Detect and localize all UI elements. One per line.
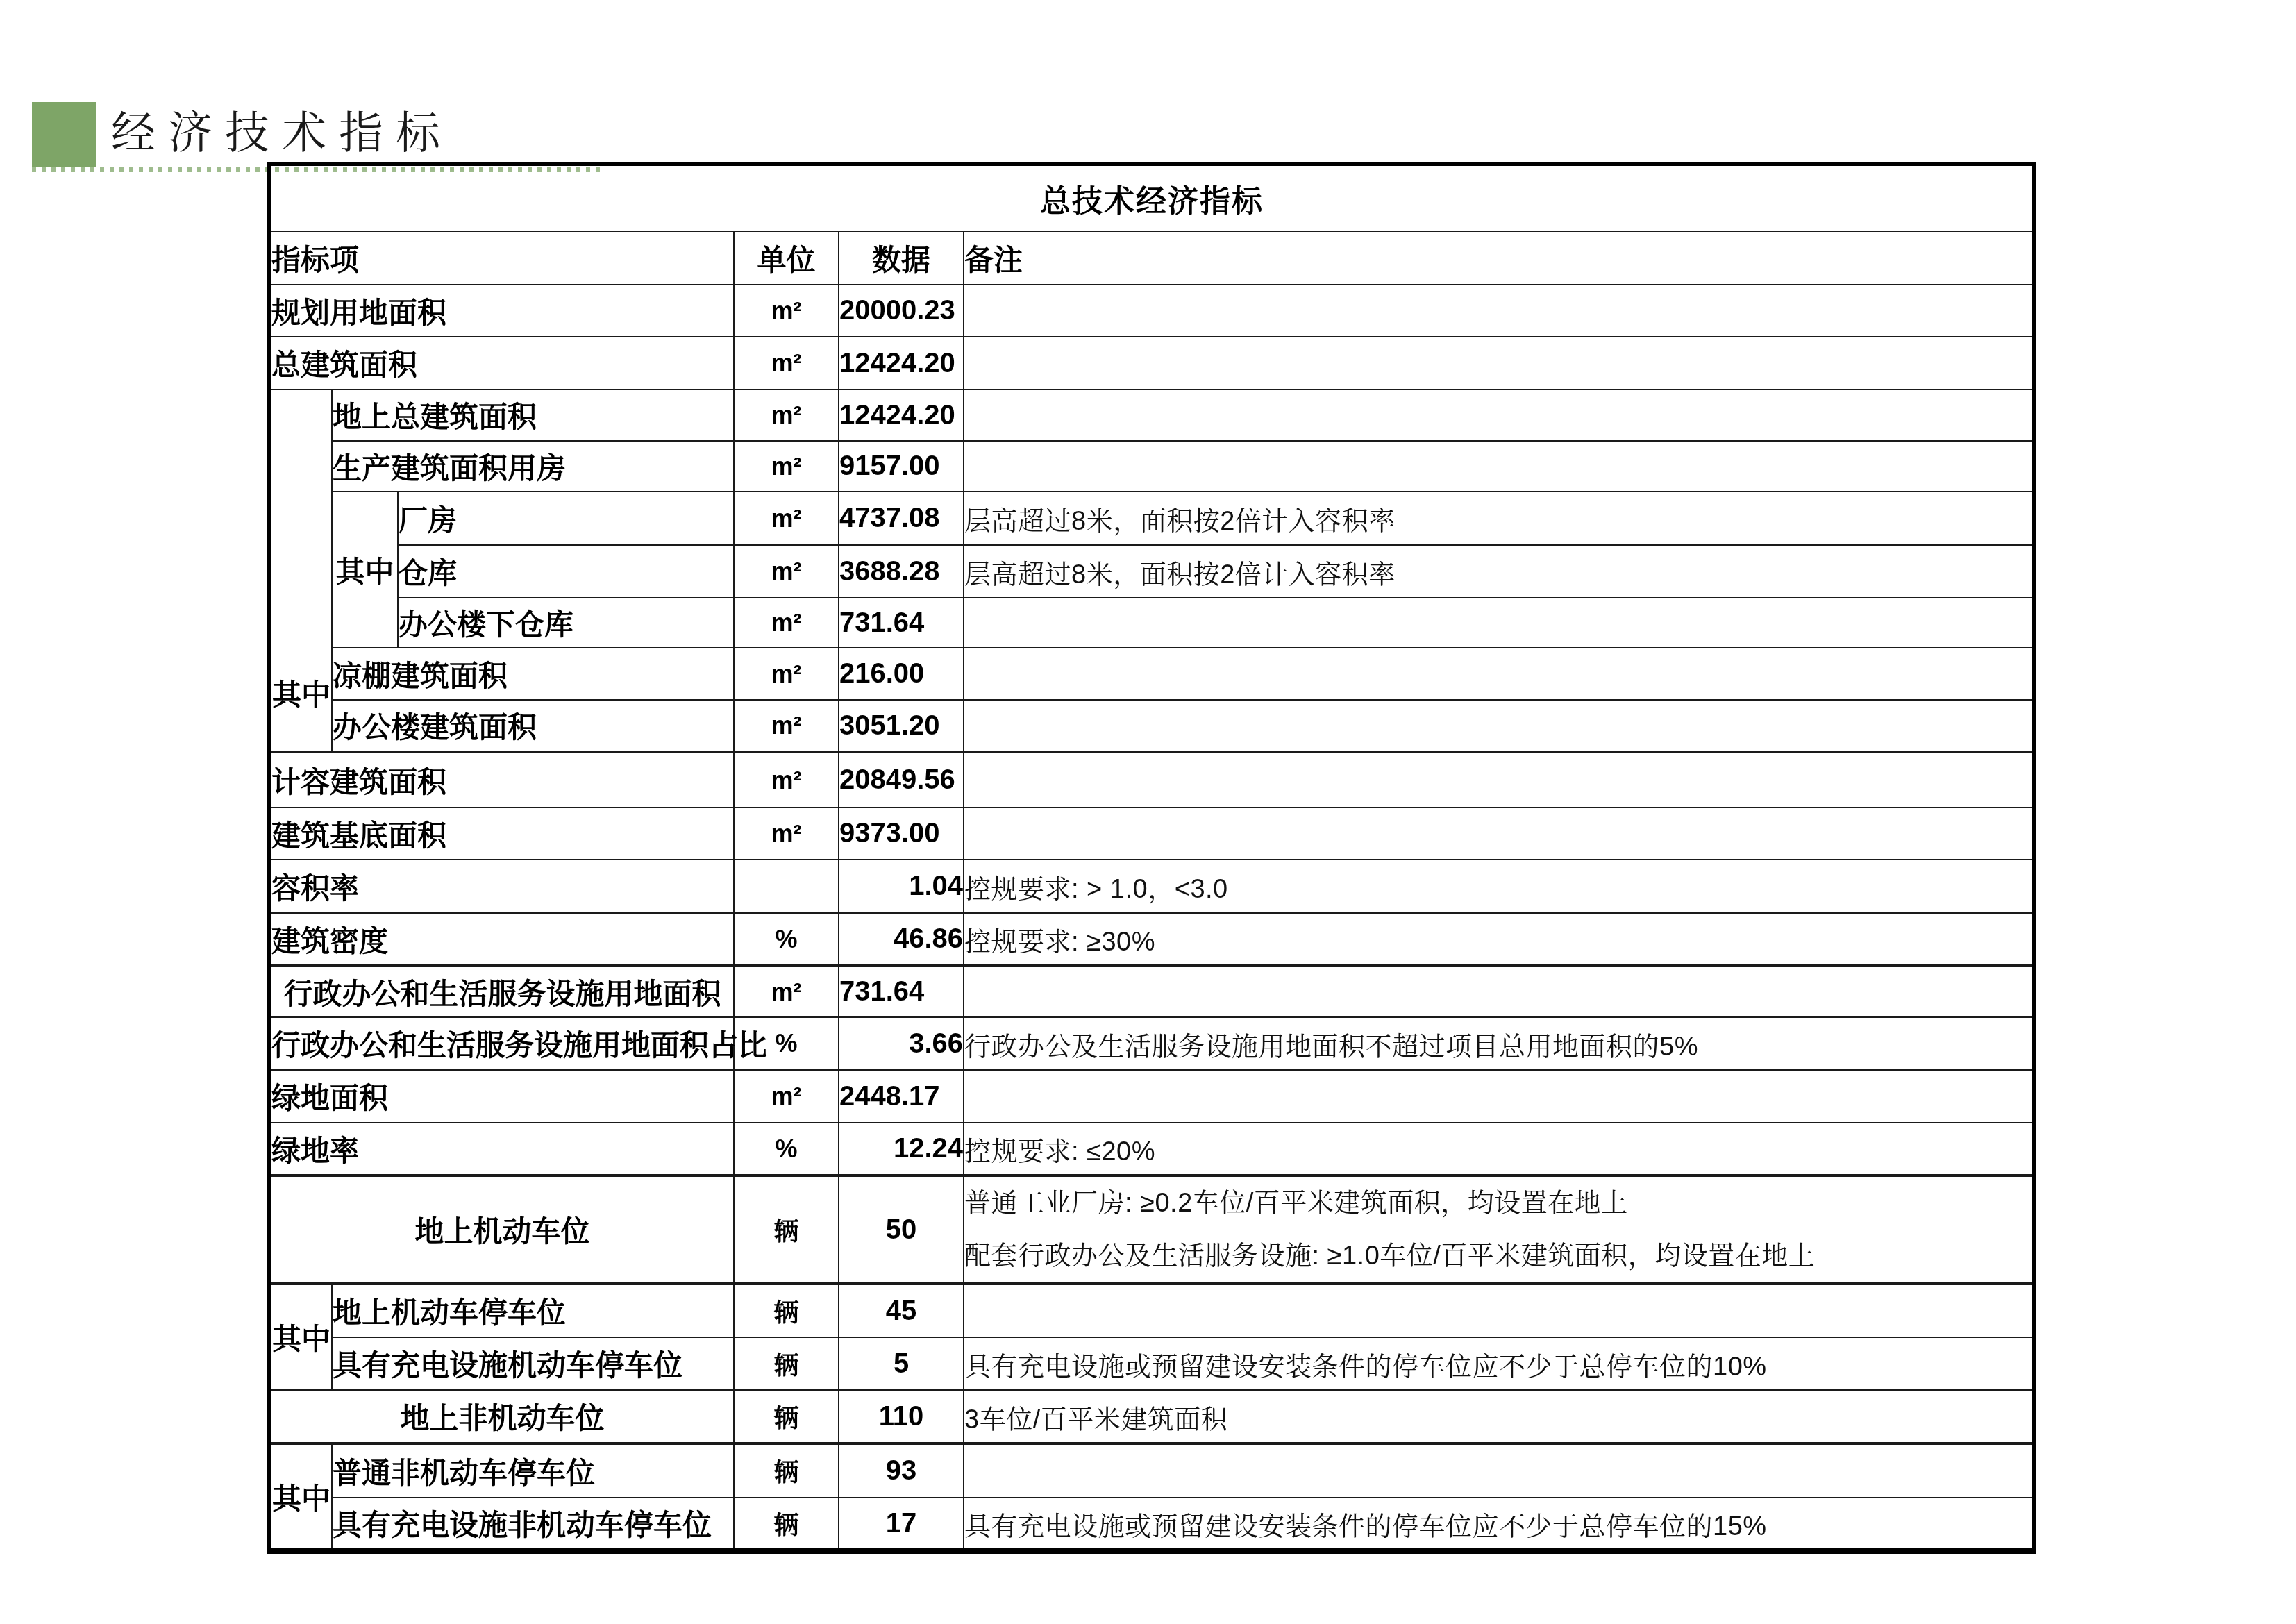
- indicator-cell: 行政办公和生活服务设施用地面积占比: [269, 1017, 734, 1070]
- remark-cell: [964, 598, 2034, 648]
- data-cell: 3.66: [839, 1017, 964, 1070]
- merge-label-qizhong-c: 其中: [269, 1443, 332, 1551]
- remark-cell: [964, 752, 2034, 807]
- indicator-cell: 绿地率: [269, 1123, 734, 1175]
- merge-label-qizhong-a-inner: 其中: [332, 492, 398, 648]
- unit-cell: 辆: [734, 1390, 839, 1443]
- data-cell: 731.64: [839, 966, 964, 1017]
- data-cell: 9373.00: [839, 807, 964, 860]
- indicator-cell: 计容建筑面积: [269, 752, 734, 807]
- table-row: 仓库 m² 3688.28 层高超过8米，面积按2倍计入容积率: [269, 545, 2034, 598]
- remark-cell: [964, 441, 2034, 492]
- unit-cell: m²: [734, 966, 839, 1017]
- unit-cell: m²: [734, 337, 839, 390]
- data-cell: 3051.20: [839, 700, 964, 752]
- data-cell: 1.04: [839, 860, 964, 913]
- data-cell: 20000.23: [839, 285, 964, 337]
- unit-cell: [734, 860, 839, 913]
- data-cell: 2448.17: [839, 1070, 964, 1123]
- unit-cell: m²: [734, 807, 839, 860]
- indicator-cell: 地上机动车位: [269, 1175, 734, 1284]
- table-row: 建筑密度 % 46.86 控规要求: ≥30%: [269, 913, 2034, 966]
- indicator-cell: 生产建筑面积用房: [332, 441, 734, 492]
- data-cell: 4737.08: [839, 492, 964, 545]
- indicator-cell: 凉棚建筑面积: [332, 648, 734, 700]
- remark-cell: 具有充电设施或预留建设安装条件的停车位应不少于总停车位的15%: [964, 1498, 2034, 1551]
- data-cell: 12424.20: [839, 337, 964, 390]
- table-row: 容积率 1.04 控规要求: > 1.0，<3.0: [269, 860, 2034, 913]
- unit-cell: 辆: [734, 1175, 839, 1284]
- merge-label-qizhong-a: 其中: [269, 390, 332, 752]
- unit-cell: 辆: [734, 1337, 839, 1390]
- remark-cell: [964, 1284, 2034, 1337]
- data-cell: 9157.00: [839, 441, 964, 492]
- remark-cell: [964, 1070, 2034, 1123]
- remark-cell: [964, 700, 2034, 752]
- indicators-table: 总技术经济指标 指标项 单位 数据 备注 规划用地面积 m² 20000.23 …: [267, 162, 2036, 1554]
- remark-cell: [964, 807, 2034, 860]
- data-cell: 5: [839, 1337, 964, 1390]
- remark-cell: 3车位/百平米建筑面积: [964, 1390, 2034, 1443]
- indicator-cell: 规划用地面积: [269, 285, 734, 337]
- table-row: 凉棚建筑面积 m² 216.00: [269, 648, 2034, 700]
- data-cell: 12.24: [839, 1123, 964, 1175]
- unit-cell: %: [734, 913, 839, 966]
- table-row: 行政办公和生活服务设施用地面积占比 % 3.66 行政办公及生活服务设施用地面积…: [269, 1017, 2034, 1070]
- remark-cell: 控规要求: ≥30%: [964, 913, 2034, 966]
- remark-cell: 层高超过8米，面积按2倍计入容积率: [964, 545, 2034, 598]
- table-row: 其中 厂房 m² 4737.08 层高超过8米，面积按2倍计入容积率: [269, 492, 2034, 545]
- unit-cell: m²: [734, 700, 839, 752]
- indicator-cell: 地上机动车停车位: [332, 1284, 734, 1337]
- unit-cell: 辆: [734, 1284, 839, 1337]
- indicator-cell: 具有充电设施机动车停车位: [332, 1337, 734, 1390]
- data-cell: 45: [839, 1284, 964, 1337]
- remark-cell: 控规要求: > 1.0，<3.0: [964, 860, 2034, 913]
- indicator-cell: 普通非机动车停车位: [332, 1443, 734, 1498]
- heading-accent-square: [32, 102, 96, 167]
- indicator-cell: 行政办公和生活服务设施用地面积: [269, 966, 734, 1017]
- indicator-cell: 办公楼下仓库: [398, 598, 734, 648]
- col-header-indicator: 指标项: [269, 231, 734, 285]
- col-header-remark: 备注: [964, 231, 2034, 285]
- remark-cell: 控规要求: ≤20%: [964, 1123, 2034, 1175]
- data-cell: 93: [839, 1443, 964, 1498]
- table-row: 行政办公和生活服务设施用地面积 m² 731.64: [269, 966, 2034, 1017]
- remark-cell: [964, 390, 2034, 441]
- data-cell: 20849.56: [839, 752, 964, 807]
- table-header-row: 指标项 单位 数据 备注: [269, 231, 2034, 285]
- unit-cell: 辆: [734, 1498, 839, 1551]
- unit-cell: m²: [734, 1070, 839, 1123]
- table-row: 其中 地上总建筑面积 m² 12424.20: [269, 390, 2034, 441]
- table-row: 绿地率 % 12.24 控规要求: ≤20%: [269, 1123, 2034, 1175]
- unit-cell: m²: [734, 390, 839, 441]
- table-title-row: 总技术经济指标: [269, 164, 2034, 231]
- remark-cell: 普通工业厂房: ≥0.2车位/百平米建筑面积，均设置在地上 配套行政办公及生活服…: [964, 1175, 2034, 1284]
- table-row: 地上非机动车位 辆 110 3车位/百平米建筑面积: [269, 1390, 2034, 1443]
- indicator-cell: 绿地面积: [269, 1070, 734, 1123]
- data-cell: 17: [839, 1498, 964, 1551]
- table-row: 具有充电设施非机动车停车位 辆 17 具有充电设施或预留建设安装条件的停车位应不…: [269, 1498, 2034, 1551]
- col-header-unit: 单位: [734, 231, 839, 285]
- indicator-cell: 具有充电设施非机动车停车位: [332, 1498, 734, 1551]
- table-row: 办公楼下仓库 m² 731.64: [269, 598, 2034, 648]
- indicator-cell: 容积率: [269, 860, 734, 913]
- unit-cell: m²: [734, 441, 839, 492]
- unit-cell: m²: [734, 752, 839, 807]
- table-row: 生产建筑面积用房 m² 9157.00: [269, 441, 2034, 492]
- unit-cell: m²: [734, 545, 839, 598]
- data-cell: 46.86: [839, 913, 964, 966]
- data-cell: 216.00: [839, 648, 964, 700]
- col-header-data: 数据: [839, 231, 964, 285]
- table-row: 绿地面积 m² 2448.17: [269, 1070, 2034, 1123]
- indicator-cell: 厂房: [398, 492, 734, 545]
- indicator-cell: 地上总建筑面积: [332, 390, 734, 441]
- qizhong-a-text: 其中: [271, 672, 331, 714]
- table-row: 规划用地面积 m² 20000.23: [269, 285, 2034, 337]
- remark-cell: [964, 285, 2034, 337]
- merge-label-qizhong-b: 其中: [269, 1284, 332, 1390]
- unit-cell: m²: [734, 648, 839, 700]
- indicator-cell: 办公楼建筑面积: [332, 700, 734, 752]
- unit-cell: m²: [734, 598, 839, 648]
- data-cell: 3688.28: [839, 545, 964, 598]
- page-title: 经济技术指标: [111, 99, 453, 167]
- page: 经济技术指标 总技术经济指标 指标项 单位 数据 备注 规划用地面积 m² 20…: [0, 0, 2296, 1624]
- unit-cell: %: [734, 1123, 839, 1175]
- unit-cell: m²: [734, 285, 839, 337]
- unit-cell: m²: [734, 492, 839, 545]
- indicator-cell: 仓库: [398, 545, 734, 598]
- indicator-cell: 地上非机动车位: [269, 1390, 734, 1443]
- table-row: 地上机动车位 辆 50 普通工业厂房: ≥0.2车位/百平米建筑面积，均设置在地…: [269, 1175, 2034, 1284]
- table-title: 总技术经济指标: [269, 164, 2034, 231]
- table-row: 建筑基底面积 m² 9373.00: [269, 807, 2034, 860]
- data-cell: 50: [839, 1175, 964, 1284]
- remark-cell: [964, 337, 2034, 390]
- remark-cell: 行政办公及生活服务设施用地面积不超过项目总用地面积的5%: [964, 1017, 2034, 1070]
- remark-cell: [964, 648, 2034, 700]
- data-cell: 12424.20: [839, 390, 964, 441]
- indicator-cell: 建筑基底面积: [269, 807, 734, 860]
- data-cell: 731.64: [839, 598, 964, 648]
- indicator-cell: 总建筑面积: [269, 337, 734, 390]
- table-row: 总建筑面积 m² 12424.20: [269, 337, 2034, 390]
- indicator-cell: 建筑密度: [269, 913, 734, 966]
- remark-cell: 具有充电设施或预留建设安装条件的停车位应不少于总停车位的10%: [964, 1337, 2034, 1390]
- remark-cell: [964, 1443, 2034, 1498]
- data-cell: 110: [839, 1390, 964, 1443]
- table-row: 其中 普通非机动车停车位 辆 93: [269, 1443, 2034, 1498]
- table-row: 具有充电设施机动车停车位 辆 5 具有充电设施或预留建设安装条件的停车位应不少于…: [269, 1337, 2034, 1390]
- remark-cell: 层高超过8米，面积按2倍计入容积率: [964, 492, 2034, 545]
- table-row: 办公楼建筑面积 m² 3051.20: [269, 700, 2034, 752]
- remark-cell: [964, 966, 2034, 1017]
- unit-cell: 辆: [734, 1443, 839, 1498]
- table-row: 其中 地上机动车停车位 辆 45: [269, 1284, 2034, 1337]
- table-row: 计容建筑面积 m² 20849.56: [269, 752, 2034, 807]
